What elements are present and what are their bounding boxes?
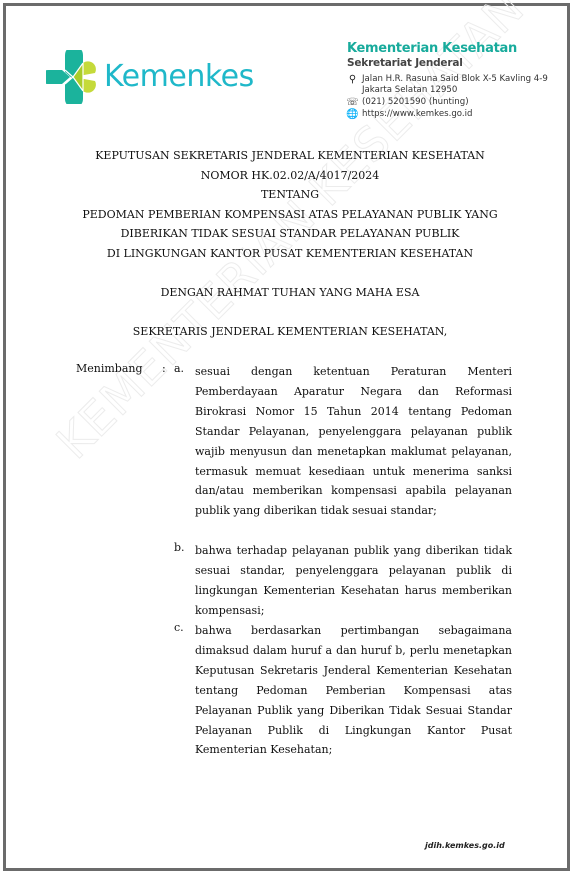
telephone-icon: ☏: [347, 97, 358, 108]
considering-label: Menimbang: [76, 362, 143, 375]
globe-icon: 🌐: [347, 109, 358, 120]
item-letter: b.: [174, 541, 185, 554]
phone-number: (021) 5201590 (hunting): [362, 97, 469, 108]
issuer: SEKRETARIS JENDERAL KEMENTERIAN KESEHATA…: [40, 325, 540, 338]
title-subject-2: DIBERIKAN TIDAK SESUAI STANDAR PELAYANAN…: [40, 224, 540, 244]
item-text: bahwa terhadap pelayanan publik yang dib…: [195, 541, 512, 621]
footer-url[interactable]: jdih.kemkes.go.id: [425, 841, 505, 850]
title-line-1: KEPUTUSAN SEKRETARIS JENDERAL KEMENTERIA…: [40, 146, 540, 166]
item-text: sesuai dengan ketentuan Peraturan Menter…: [195, 362, 512, 521]
decree-number: NOMOR HK.02.02/A/4017/2024: [40, 166, 540, 186]
org-unit: Sekretariat Jenderal: [347, 57, 548, 69]
considering-colon: :: [162, 362, 166, 375]
title-tentang: TENTANG: [40, 185, 540, 205]
address-line-1: Jalan H.R. Rasuna Said Blok X-5 Kavling …: [362, 74, 548, 84]
website: 🌐 https://www.kemkes.go.id: [347, 109, 548, 120]
invocation: DENGAN RAHMAT TUHAN YANG MAHA ESA: [40, 286, 540, 299]
title-subject-3: DI LINGKUNGAN KANTOR PUSAT KEMENTERIAN K…: [40, 244, 540, 264]
website-link[interactable]: https://www.kemkes.go.id: [362, 109, 472, 120]
item-letter: c.: [174, 621, 184, 634]
item-letter: a.: [174, 362, 184, 375]
kemenkes-logo: Kemenkes: [46, 50, 254, 104]
address-line-2: Jakarta Selatan 12950: [362, 85, 457, 95]
decree-title: KEPUTUSAN SEKRETARIS JENDERAL KEMENTERIA…: [40, 146, 540, 264]
title-subject-1: PEDOMAN PEMBERIAN KOMPENSASI ATAS PELAYA…: [40, 205, 540, 225]
letterhead-info: Kementerian Kesehatan Sekretariat Jender…: [347, 41, 548, 120]
location-pin-icon: ⚲: [347, 74, 358, 85]
kemenkes-emblem-icon: [46, 50, 98, 104]
item-text: bahwa berdasarkan pertimbangan sebagaima…: [195, 621, 512, 760]
phone: ☏ (021) 5201590 (hunting): [347, 97, 548, 108]
logo-wordmark: Kemenkes: [104, 59, 254, 94]
address: ⚲ Jalan H.R. Rasuna Said Blok X-5 Kavlin…: [347, 74, 548, 96]
org-name: Kementerian Kesehatan: [347, 41, 548, 56]
